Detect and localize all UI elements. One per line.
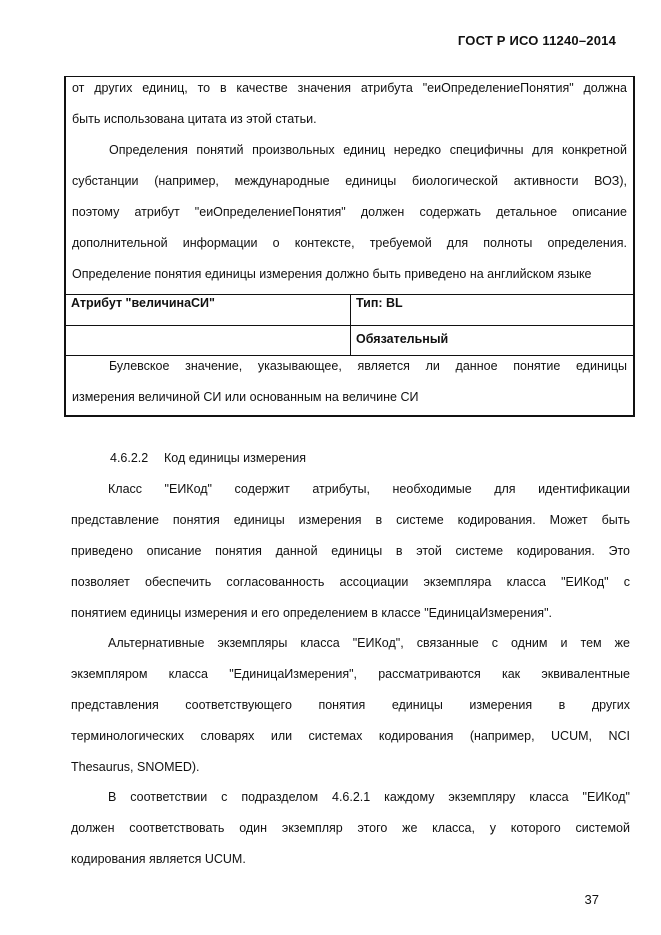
text-line: представления соответствующего понятия е…	[71, 694, 630, 725]
text-line: Булевское значение, указывающее, являетс…	[72, 355, 627, 386]
text-line: кодирования является UCUM.	[71, 848, 630, 879]
document-code-header: ГОСТ Р ИСО 11240–2014	[458, 33, 616, 48]
section-heading: 4.6.2.2Код единицы измерения	[110, 447, 306, 469]
text-line: экземпляром класса "ЕдиницаИзмерения", р…	[71, 663, 630, 694]
text-line: терминологических словарях или системах …	[71, 725, 630, 756]
text-line: Альтернативные экземпляры класса "ЕИКод"…	[71, 632, 630, 663]
paragraph: Класс "ЕИКод" содержит атрибуты, необход…	[71, 478, 630, 633]
text-line: от других единиц, то в качестве значения…	[72, 77, 627, 108]
attribute-name-cell: Атрибут "величинаСИ"	[66, 295, 351, 326]
section-title: Код единицы измерения	[164, 451, 306, 465]
obligation-row: Обязательный	[66, 325, 633, 356]
section-number: 4.6.2.2	[110, 447, 164, 469]
text-line: быть использована цитата из этой статьи.	[72, 108, 627, 139]
description-row: Булевское значение, указывающее, являетс…	[66, 355, 633, 415]
attribute-row: Атрибут "величинаСИ" Тип: BL	[66, 294, 633, 326]
text-line: приведено описание понятия данной единиц…	[71, 540, 630, 571]
text-line: дополнительной информации о контексте, т…	[72, 232, 627, 263]
text-line: позволяет обеспечить согласованность асс…	[71, 571, 630, 602]
text-line: должен соответствовать один экземпляр эт…	[71, 817, 630, 848]
attribute-type-cell: Тип: BL	[351, 295, 633, 326]
text-line: Определения понятий произвольных единиц …	[72, 139, 627, 170]
text-line: В соответствии с подразделом 4.6.2.1 каж…	[71, 786, 630, 817]
text-line: Класс "ЕИКод" содержит атрибуты, необход…	[71, 478, 630, 509]
paragraph: Альтернативные экземпляры класса "ЕИКод"…	[71, 632, 630, 787]
paragraph: В соответствии с подразделом 4.6.2.1 каж…	[71, 786, 630, 879]
text-line: поэтому атрибут "еиОпределениеПонятия" д…	[72, 201, 627, 232]
text-line: представление понятия единицы измерения …	[71, 509, 630, 540]
attribute-table: от других единиц, то в качестве значения…	[64, 76, 635, 417]
obligation-cell: Обязательный	[351, 326, 633, 356]
obligation-empty-cell	[66, 326, 351, 356]
text-line: понятием единицы измерения и его определ…	[71, 602, 630, 633]
text-line: Thesaurus, SNOMED).	[71, 756, 630, 787]
page-number: 37	[585, 892, 599, 907]
text-line: Определение понятия единицы измерения до…	[72, 263, 627, 294]
table-continued-text: от других единиц, то в качестве значения…	[72, 77, 627, 294]
text-line: субстанции (например, международные един…	[72, 170, 627, 201]
text-line: измерения величиной СИ или основанным на…	[72, 386, 627, 417]
